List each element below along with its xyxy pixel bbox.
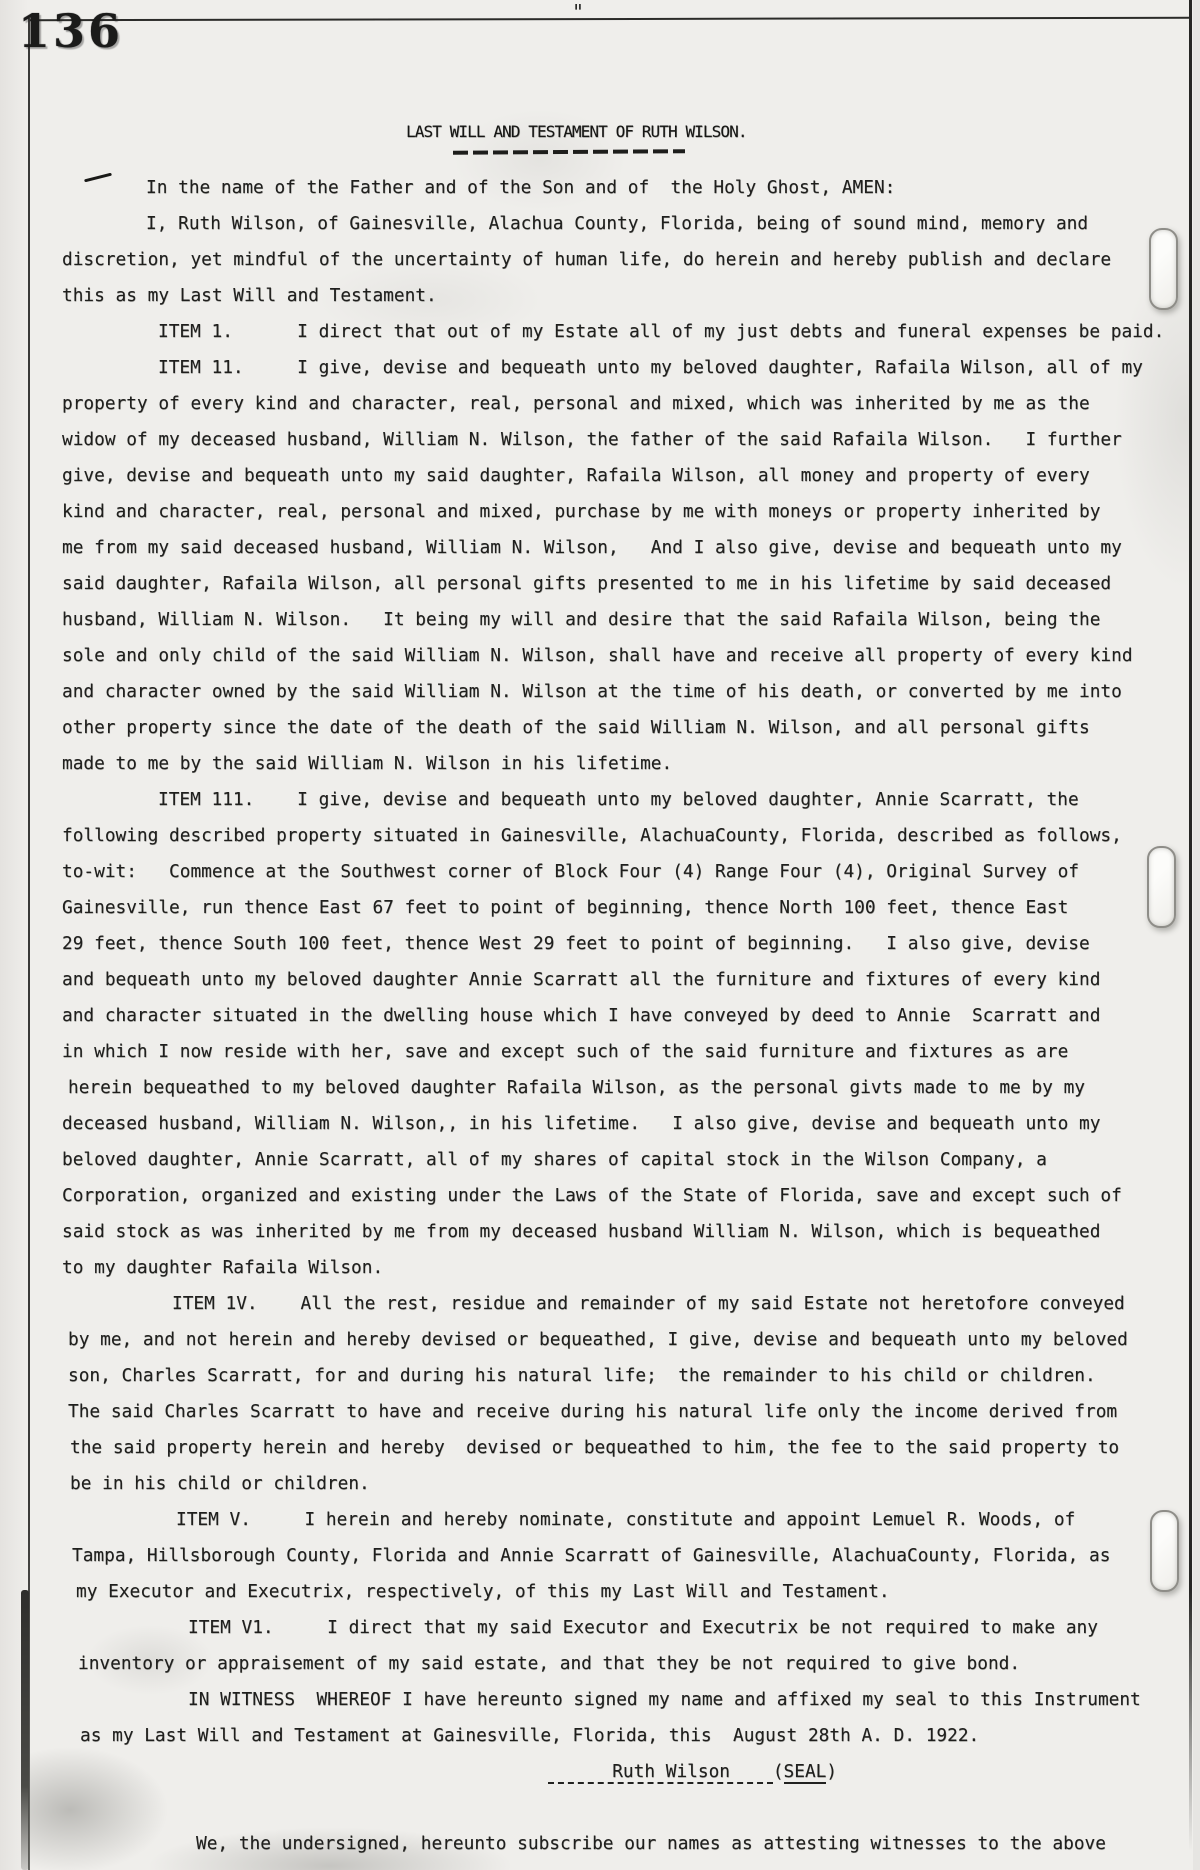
document-line: In the name of the Father and of the Son…: [62, 170, 1194, 206]
document-title: LAST WILL AND TESTAMENT OF RUTH WILSON.: [406, 122, 747, 141]
document-line: widow of my deceased husband, William N.…: [62, 422, 1194, 458]
document-line: sole and only child of the said William …: [62, 638, 1194, 674]
document-line: me from my said deceased husband, Willia…: [62, 530, 1194, 566]
page-border-left-smudge: [21, 1590, 29, 1870]
document-line: kind and character, real, personal and m…: [62, 494, 1194, 530]
page-border-top: [30, 17, 1192, 21]
binder-slot: [1147, 846, 1176, 928]
document-line: to-wit: Commence at the Southwest corner…: [62, 854, 1194, 890]
document-line: discretion, yet mindful of the uncertain…: [62, 242, 1194, 278]
document-line: inventory or appraisement of my said est…: [62, 1646, 1194, 1682]
page-number: 136: [18, 4, 123, 58]
document-line: deceased husband, William N. Wilson,, in…: [62, 1106, 1194, 1142]
document-line: other property since the date of the dea…: [62, 710, 1194, 746]
document-line: made to me by the said William N. Wilson…: [62, 746, 1194, 782]
document-line: said stock as was inherited by me from m…: [62, 1214, 1194, 1250]
document-line: and character situated in the dwelling h…: [62, 998, 1194, 1034]
document-line: Corporation, organized and existing unde…: [62, 1178, 1194, 1214]
document-line: in which I now reside with her, save and…: [62, 1034, 1194, 1070]
document-line: 29 feet, thence South 100 feet, thence W…: [62, 926, 1194, 962]
document-line: by me, and not herein and hereby devised…: [62, 1322, 1194, 1358]
document-line: this as my Last Will and Testament.: [62, 278, 1194, 314]
document-line: IN WITNESS WHEREOF I have hereunto signe…: [62, 1682, 1194, 1718]
seal-paren-open: (: [773, 1761, 784, 1782]
document-line: and bequeath unto my beloved daughter An…: [62, 962, 1194, 998]
stray-quote-mark: ": [572, 0, 584, 24]
document-line: ITEM V1. I direct that my said Executor …: [62, 1610, 1194, 1646]
document-line: herein bequeathed to my beloved daughter…: [62, 1070, 1194, 1106]
document-line: my Executor and Executrix, respectively,…: [62, 1574, 1194, 1610]
document-line: property of every kind and character, re…: [62, 386, 1194, 422]
document-line: Gainesville, run thence East 67 feet to …: [62, 890, 1194, 926]
title-underline-rule: [453, 149, 685, 155]
document-line: We, the undersigned, hereunto subscribe …: [62, 1826, 1194, 1862]
document-line: husband, William N. Wilson. It being my …: [62, 602, 1194, 638]
binder-slot: [1150, 1510, 1179, 1592]
document-line: ITEM V. I herein and hereby nominate, co…: [62, 1502, 1194, 1538]
document-line: ITEM 1. I direct that out of my Estate a…: [62, 314, 1194, 350]
document-line: be in his child or children.: [62, 1466, 1194, 1502]
text-block: In the name of the Father and of the Son…: [62, 170, 1194, 1862]
document-line: give, devise and bequeath unto my said d…: [62, 458, 1194, 494]
signature-name: Ruth Wilson: [548, 1761, 773, 1784]
document-line: Tampa, Hillsborough County, Florida and …: [62, 1538, 1194, 1574]
document-line: as my Last Will and Testament at Gainesv…: [62, 1718, 1194, 1754]
document-line: ITEM 11. I give, devise and bequeath unt…: [62, 350, 1194, 386]
document-line: said daughter, Rafaila Wilson, all perso…: [62, 566, 1194, 602]
scan-edge-band: [1193, 0, 1200, 1870]
document-line: following described property situated in…: [62, 818, 1194, 854]
document-line: to my daughter Rafaila Wilson.: [62, 1250, 1194, 1286]
document-line: I, Ruth Wilson, of Gainesville, Alachua …: [62, 206, 1194, 242]
signature-line: Ruth Wilson (SEAL): [62, 1754, 1194, 1790]
seal-label: SEAL: [784, 1761, 827, 1784]
document-line: ITEM 111. I give, devise and bequeath un…: [62, 782, 1194, 818]
document-line: [62, 1790, 1194, 1826]
binder-slot: [1149, 228, 1178, 310]
seal-paren-close: ): [826, 1761, 837, 1782]
document-line: ITEM 1V. All the rest, residue and remai…: [62, 1286, 1194, 1322]
document-line: the said property herein and hereby devi…: [62, 1430, 1194, 1466]
document-line: son, Charles Scarratt, for and during hi…: [62, 1358, 1194, 1394]
document-line: beloved daughter, Annie Scarratt, all of…: [62, 1142, 1194, 1178]
document-line: and character owned by the said William …: [62, 674, 1194, 710]
document-line: The said Charles Scarratt to have and re…: [62, 1394, 1194, 1430]
